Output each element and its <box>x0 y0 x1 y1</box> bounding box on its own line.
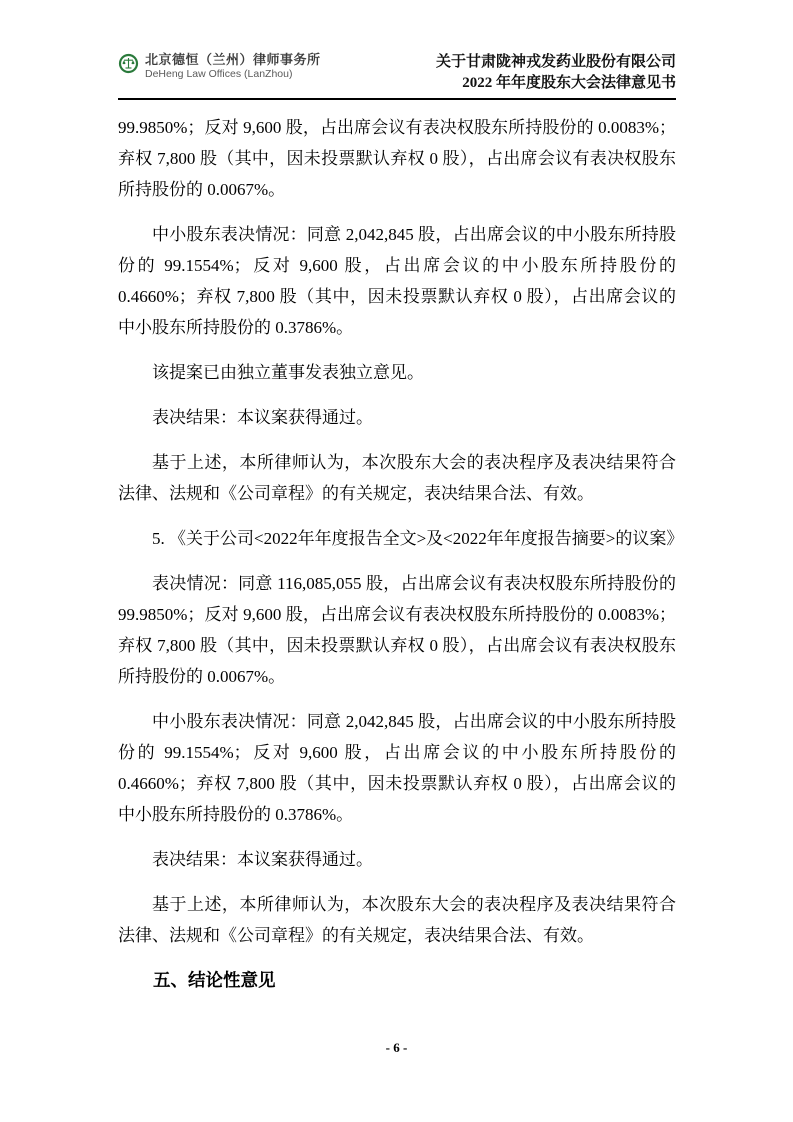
header-divider <box>118 98 676 100</box>
paragraph-vote-continuation: 99.9850%；反对 9,600 股，占出席会议有表决权股东所持股份的 0.0… <box>118 112 676 205</box>
section-heading-conclusion: 五、结论性意见 <box>118 965 676 996</box>
paragraph-proposal-5-title: 5. 《关于公司<2022年年度报告全文>及<2022年年度报告摘要>的议案》 <box>118 523 676 554</box>
document-title-line2: 2022 年年度股东大会法律意见书 <box>436 73 676 94</box>
page-header: 北京德恒（兰州）律师事务所 DeHeng Law Offices (LanZho… <box>118 52 676 94</box>
document-body: 99.9850%；反对 9,600 股，占出席会议有表决权股东所持股份的 0.0… <box>118 112 676 1010</box>
page-footer: - 6 - <box>0 1040 793 1056</box>
page-number: - 6 - <box>386 1040 408 1055</box>
firm-name-english: DeHeng Law Offices (LanZhou) <box>145 68 321 81</box>
document-title-line1: 关于甘肃陇神戎发药业股份有限公司 <box>436 52 676 73</box>
paragraph-lawyer-opinion-1: 基于上述，本所律师认为，本次股东大会的表决程序及表决结果符合法律、法规和《公司章… <box>118 447 676 509</box>
paragraph-lawyer-opinion-2: 基于上述，本所律师认为，本次股东大会的表决程序及表决结果符合法律、法规和《公司章… <box>118 889 676 951</box>
paragraph-independent-director-opinion: 该提案已由独立董事发表独立意见。 <box>118 357 676 388</box>
paragraph-vote-result-1: 表决结果：本议案获得通过。 <box>118 402 676 433</box>
paragraph-vote-situation-2: 表决情况：同意 116,085,055 股，占出席会议有表决权股东所持股份的 9… <box>118 568 676 692</box>
paragraph-minority-vote-1: 中小股东表决情况：同意 2,042,845 股，占出席会议的中小股东所持股份的 … <box>118 219 676 343</box>
firm-name-chinese: 北京德恒（兰州）律师事务所 <box>145 52 321 68</box>
paragraph-vote-result-2: 表决结果：本议案获得通过。 <box>118 844 676 875</box>
firm-names: 北京德恒（兰州）律师事务所 DeHeng Law Offices (LanZho… <box>145 52 321 81</box>
law-firm-identity: 北京德恒（兰州）律师事务所 DeHeng Law Offices (LanZho… <box>118 52 321 81</box>
document-title-block: 关于甘肃陇神戎发药业股份有限公司 2022 年年度股东大会法律意见书 <box>436 52 676 94</box>
document-page: 北京德恒（兰州）律师事务所 DeHeng Law Offices (LanZho… <box>0 0 793 1122</box>
paragraph-minority-vote-2: 中小股东表决情况：同意 2,042,845 股，占出席会议的中小股东所持股份的 … <box>118 706 676 830</box>
law-firm-seal-icon <box>118 53 139 74</box>
